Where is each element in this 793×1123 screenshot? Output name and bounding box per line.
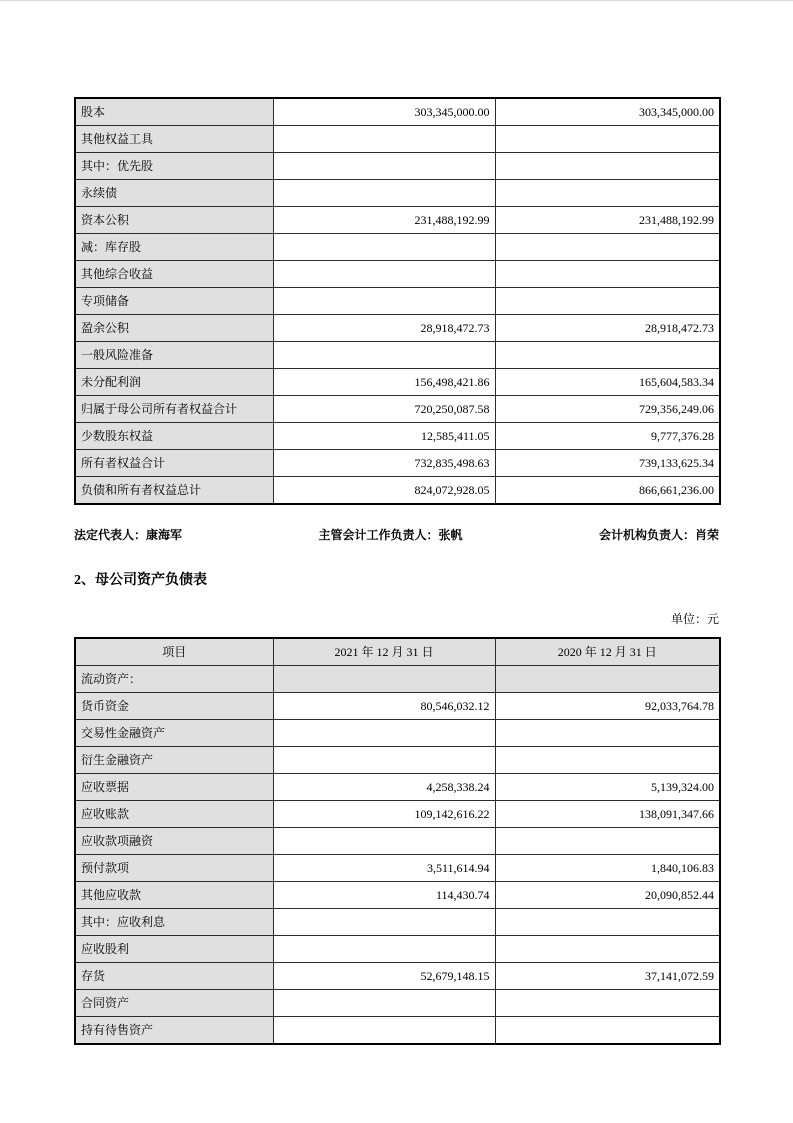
- value-cell-2021: [273, 747, 495, 774]
- unit-label: 单位：元: [74, 610, 719, 627]
- value-cell-2020: [495, 909, 720, 936]
- table-row: 预付款项 3,511,614.94 1,840,106.83: [75, 855, 720, 882]
- value-cell-2020: [495, 747, 720, 774]
- table-row: 其他权益工具: [75, 126, 720, 153]
- parent-company-balance-sheet-table: 项目 2021 年 12 月 31 日 2020 年 12 月 31 日 流动资…: [74, 637, 721, 1045]
- value-cell-2021: [273, 666, 495, 693]
- value-cell-prior: 9,777,376.28: [495, 423, 720, 450]
- table-row: 永续债: [75, 180, 720, 207]
- row-label-cell: 负债和所有者权益总计: [75, 477, 273, 505]
- value-cell-current: 156,498,421.86: [273, 369, 495, 396]
- row-label-cell: 股本: [75, 98, 273, 126]
- table-row: 其他应收款 114,430.74 20,090,852.44: [75, 882, 720, 909]
- row-label-cell: 预付款项: [75, 855, 273, 882]
- value-cell-current: 231,488,192.99: [273, 207, 495, 234]
- row-label-cell: 其中：优先股: [75, 153, 273, 180]
- table-row: 负债和所有者权益总计 824,072,928.05 866,661,236.00: [75, 477, 720, 505]
- column-header-2021: 2021 年 12 月 31 日: [273, 638, 495, 666]
- value-cell-prior: [495, 234, 720, 261]
- row-label-cell: 一般风险准备: [75, 342, 273, 369]
- table-row: 减：库存股: [75, 234, 720, 261]
- row-label-cell: 其他权益工具: [75, 126, 273, 153]
- table-row: 所有者权益合计 732,835,498.63 739,133,625.34: [75, 450, 720, 477]
- document-page: 股本 303,345,000.00 303,345,000.00 其他权益工具 …: [0, 0, 793, 1123]
- value-cell-prior: 28,918,472.73: [495, 315, 720, 342]
- value-cell-current: [273, 234, 495, 261]
- value-cell-prior: 231,488,192.99: [495, 207, 720, 234]
- row-label-cell: 衍生金融资产: [75, 747, 273, 774]
- table-row: 交易性金融资产: [75, 720, 720, 747]
- row-label-cell: 存货: [75, 963, 273, 990]
- table-row: 应收票据 4,258,338.24 5,139,324.00: [75, 774, 720, 801]
- value-cell-prior: 866,661,236.00: [495, 477, 720, 505]
- value-cell-2021: [273, 1017, 495, 1045]
- value-cell-current: [273, 153, 495, 180]
- value-cell-2020: [495, 720, 720, 747]
- header-row: 项目 2021 年 12 月 31 日 2020 年 12 月 31 日: [75, 638, 720, 666]
- category-row: 流动资产：: [75, 666, 720, 693]
- table-row: 少数股东权益 12,585,411.05 9,777,376.28: [75, 423, 720, 450]
- table-row: 衍生金融资产: [75, 747, 720, 774]
- value-cell-2021: 114,430.74: [273, 882, 495, 909]
- value-cell-prior: 739,133,625.34: [495, 450, 720, 477]
- column-header-2020: 2020 年 12 月 31 日: [495, 638, 720, 666]
- value-cell-current: 732,835,498.63: [273, 450, 495, 477]
- value-cell-prior: [495, 261, 720, 288]
- row-label-cell: 应收票据: [75, 774, 273, 801]
- value-cell-2021: [273, 909, 495, 936]
- value-cell-prior: 729,356,249.06: [495, 396, 720, 423]
- table-row: 应收账款 109,142,616.22 138,091,347.66: [75, 801, 720, 828]
- table-row: 其中：应收利息: [75, 909, 720, 936]
- table-row: 存货 52,679,148.15 37,141,072.59: [75, 963, 720, 990]
- row-label-cell: 专项储备: [75, 288, 273, 315]
- value-cell-prior: [495, 153, 720, 180]
- value-cell-prior: [495, 342, 720, 369]
- table-row: 资本公积 231,488,192.99 231,488,192.99: [75, 207, 720, 234]
- row-label-cell: 应收款项融资: [75, 828, 273, 855]
- value-cell-prior: [495, 288, 720, 315]
- value-cell-2021: 109,142,616.22: [273, 801, 495, 828]
- table-row: 其中：优先股: [75, 153, 720, 180]
- row-label-cell: 永续债: [75, 180, 273, 207]
- row-label-cell: 少数股东权益: [75, 423, 273, 450]
- value-cell-current: 720,250,087.58: [273, 396, 495, 423]
- row-label-cell: 交易性金融资产: [75, 720, 273, 747]
- value-cell-2020: 1,840,106.83: [495, 855, 720, 882]
- value-cell-current: [273, 288, 495, 315]
- value-cell-2020: [495, 1017, 720, 1045]
- chief-accountant: 主管会计工作负责人：张帆: [318, 526, 462, 543]
- row-label-cell: 未分配利润: [75, 369, 273, 396]
- row-label-cell: 应收股利: [75, 936, 273, 963]
- value-cell-current: 12,585,411.05: [273, 423, 495, 450]
- value-cell-prior: 303,345,000.00: [495, 98, 720, 126]
- value-cell-current: 28,918,472.73: [273, 315, 495, 342]
- row-label-cell: 所有者权益合计: [75, 450, 273, 477]
- table-row: 归属于母公司所有者权益合计 720,250,087.58 729,356,249…: [75, 396, 720, 423]
- value-cell-2021: 80,546,032.12: [273, 693, 495, 720]
- table-row: 合同资产: [75, 990, 720, 1017]
- value-cell-2020: [495, 666, 720, 693]
- column-header-item: 项目: [75, 638, 273, 666]
- value-cell-2020: 20,090,852.44: [495, 882, 720, 909]
- table-row: 其他综合收益: [75, 261, 720, 288]
- row-label-cell: 其他应收款: [75, 882, 273, 909]
- row-label-cell: 流动资产：: [75, 666, 273, 693]
- value-cell-2021: 52,679,148.15: [273, 963, 495, 990]
- row-label-cell: 其他综合收益: [75, 261, 273, 288]
- equity-table: 股本 303,345,000.00 303,345,000.00 其他权益工具 …: [74, 97, 721, 505]
- value-cell-prior: [495, 126, 720, 153]
- value-cell-current: [273, 126, 495, 153]
- row-label-cell: 货币资金: [75, 693, 273, 720]
- table-row: 应收股利: [75, 936, 720, 963]
- value-cell-2020: [495, 828, 720, 855]
- table-row: 持有待售资产: [75, 1017, 720, 1045]
- signature-row: 法定代表人：康海军 主管会计工作负责人：张帆 会计机构负责人：肖荣: [74, 526, 719, 543]
- table-row: 股本 303,345,000.00 303,345,000.00: [75, 98, 720, 126]
- value-cell-2021: [273, 828, 495, 855]
- value-cell-2020: 37,141,072.59: [495, 963, 720, 990]
- value-cell-2021: 4,258,338.24: [273, 774, 495, 801]
- legal-representative: 法定代表人：康海军: [74, 526, 182, 543]
- value-cell-current: [273, 261, 495, 288]
- value-cell-2021: [273, 990, 495, 1017]
- value-cell-2020: [495, 936, 720, 963]
- accounting-org-head: 会计机构负责人：肖荣: [599, 526, 719, 543]
- section-heading: 2、母公司资产负债表: [74, 569, 793, 589]
- value-cell-prior: [495, 180, 720, 207]
- row-label-cell: 持有待售资产: [75, 1017, 273, 1045]
- value-cell-2021: 3,511,614.94: [273, 855, 495, 882]
- value-cell-prior: 165,604,583.34: [495, 369, 720, 396]
- table-row: 盈余公积 28,918,472.73 28,918,472.73: [75, 315, 720, 342]
- table-row: 专项储备: [75, 288, 720, 315]
- value-cell-2021: [273, 720, 495, 747]
- value-cell-2020: [495, 990, 720, 1017]
- row-label-cell: 资本公积: [75, 207, 273, 234]
- value-cell-2020: 138,091,347.66: [495, 801, 720, 828]
- row-label-cell: 合同资产: [75, 990, 273, 1017]
- value-cell-current: [273, 180, 495, 207]
- value-cell-2021: [273, 936, 495, 963]
- table-row: 未分配利润 156,498,421.86 165,604,583.34: [75, 369, 720, 396]
- table-row: 一般风险准备: [75, 342, 720, 369]
- row-label-cell: 归属于母公司所有者权益合计: [75, 396, 273, 423]
- value-cell-current: [273, 342, 495, 369]
- table-row: 货币资金 80,546,032.12 92,033,764.78: [75, 693, 720, 720]
- value-cell-2020: 92,033,764.78: [495, 693, 720, 720]
- table-row: 应收款项融资: [75, 828, 720, 855]
- row-label-cell: 其中：应收利息: [75, 909, 273, 936]
- row-label-cell: 减：库存股: [75, 234, 273, 261]
- value-cell-current: 824,072,928.05: [273, 477, 495, 505]
- row-label-cell: 盈余公积: [75, 315, 273, 342]
- value-cell-current: 303,345,000.00: [273, 98, 495, 126]
- row-label-cell: 应收账款: [75, 801, 273, 828]
- value-cell-2020: 5,139,324.00: [495, 774, 720, 801]
